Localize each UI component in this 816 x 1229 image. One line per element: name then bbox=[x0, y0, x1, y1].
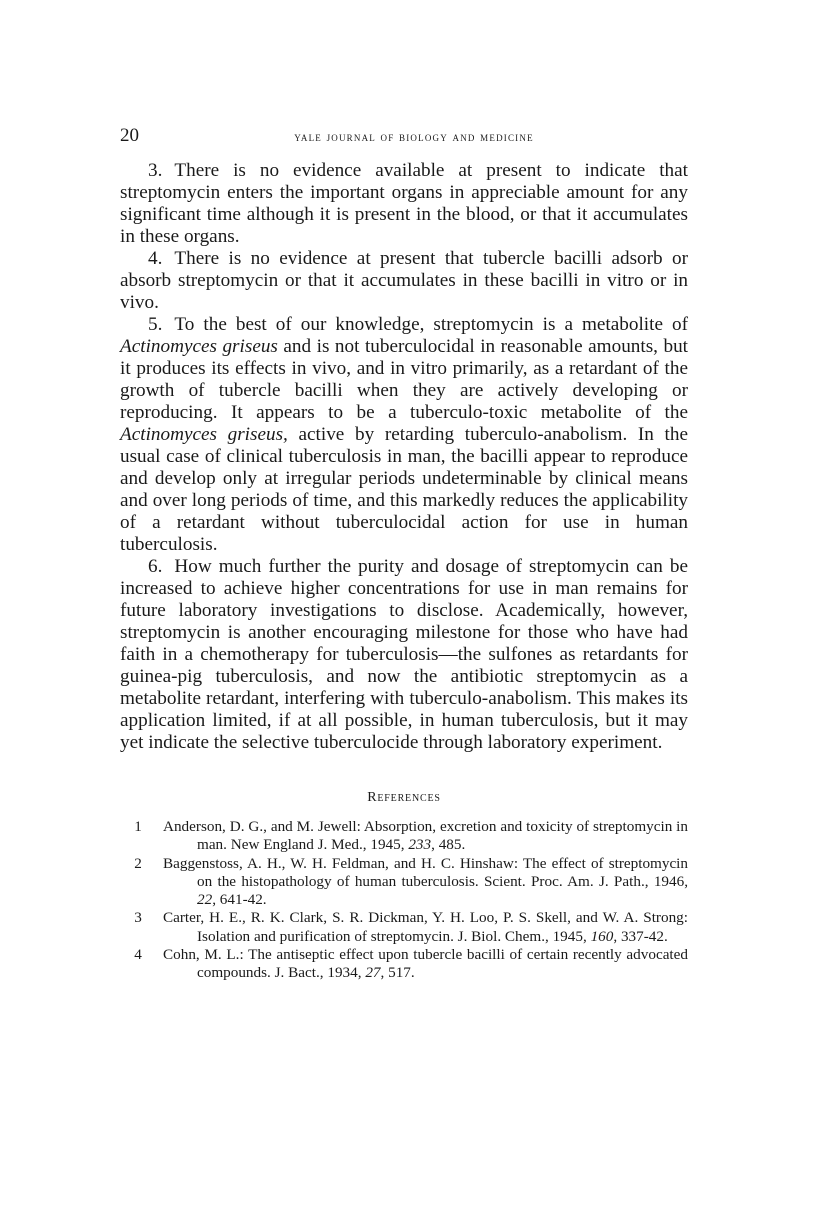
references-list: 1Anderson, D. G., and M. Jewell: Absorpt… bbox=[130, 818, 688, 983]
page-header: 20 Yale Journal of Biology and Medicine bbox=[120, 124, 688, 148]
reference-text: Cohn, M. L.: The antiseptic effect upon … bbox=[163, 946, 688, 981]
species-name: Actinomyces griseus, bbox=[120, 424, 288, 445]
running-head: Yale Journal of Biology and Medicine bbox=[120, 125, 688, 149]
paragraph-number: 4. bbox=[148, 248, 162, 270]
reference-text: Baggenstoss, A. H., W. H. Feldman, and H… bbox=[163, 855, 688, 890]
paragraph-text: To the best of our knowledge, streptomyc… bbox=[174, 314, 688, 335]
reference-text: , 641-42. bbox=[212, 891, 266, 908]
reference-item: 1Anderson, D. G., and M. Jewell: Absorpt… bbox=[130, 818, 688, 855]
reference-text: , 517. bbox=[381, 964, 415, 981]
paragraph-text: There is no evidence available at presen… bbox=[120, 160, 688, 247]
paragraph-number: 6. bbox=[148, 556, 162, 578]
journal-title: Yale Journal of Biology and Medicine bbox=[294, 129, 534, 144]
paragraph-text: There is no evidence at present that tub… bbox=[120, 248, 688, 313]
paragraph-text: How much further the purity and dosage o… bbox=[120, 556, 688, 753]
volume-number: 27 bbox=[365, 964, 380, 981]
paragraph-4: 4.There is no evidence at present that t… bbox=[120, 248, 688, 314]
reference-item: 4Cohn, M. L.: The antiseptic effect upon… bbox=[130, 946, 688, 983]
paragraph-3: 3.There is no evidence available at pres… bbox=[120, 160, 688, 248]
paragraph-6: 6.How much further the purity and dosage… bbox=[120, 556, 688, 754]
reference-number: 2 bbox=[130, 855, 146, 873]
volume-number: 160 bbox=[591, 928, 614, 945]
references-heading: References bbox=[120, 790, 688, 806]
paragraph-number: 3. bbox=[148, 160, 162, 182]
reference-number: 1 bbox=[130, 818, 146, 836]
reference-item: 3Carter, H. E., R. K. Clark, S. R. Dickm… bbox=[130, 909, 688, 946]
reference-number: 4 bbox=[130, 946, 146, 964]
species-name: Actinomyces griseus bbox=[120, 336, 278, 357]
reference-text: , 485. bbox=[431, 836, 465, 853]
volume-number: 22 bbox=[197, 891, 212, 908]
body-text: 3.There is no evidence available at pres… bbox=[120, 160, 688, 754]
reference-number: 3 bbox=[130, 909, 146, 927]
reference-text: , 337-42. bbox=[613, 928, 667, 945]
reference-item: 2Baggenstoss, A. H., W. H. Feldman, and … bbox=[130, 855, 688, 910]
paragraph-5: 5.To the best of our knowledge, streptom… bbox=[120, 314, 688, 556]
volume-number: 233 bbox=[408, 836, 431, 853]
paragraph-number: 5. bbox=[148, 314, 162, 336]
